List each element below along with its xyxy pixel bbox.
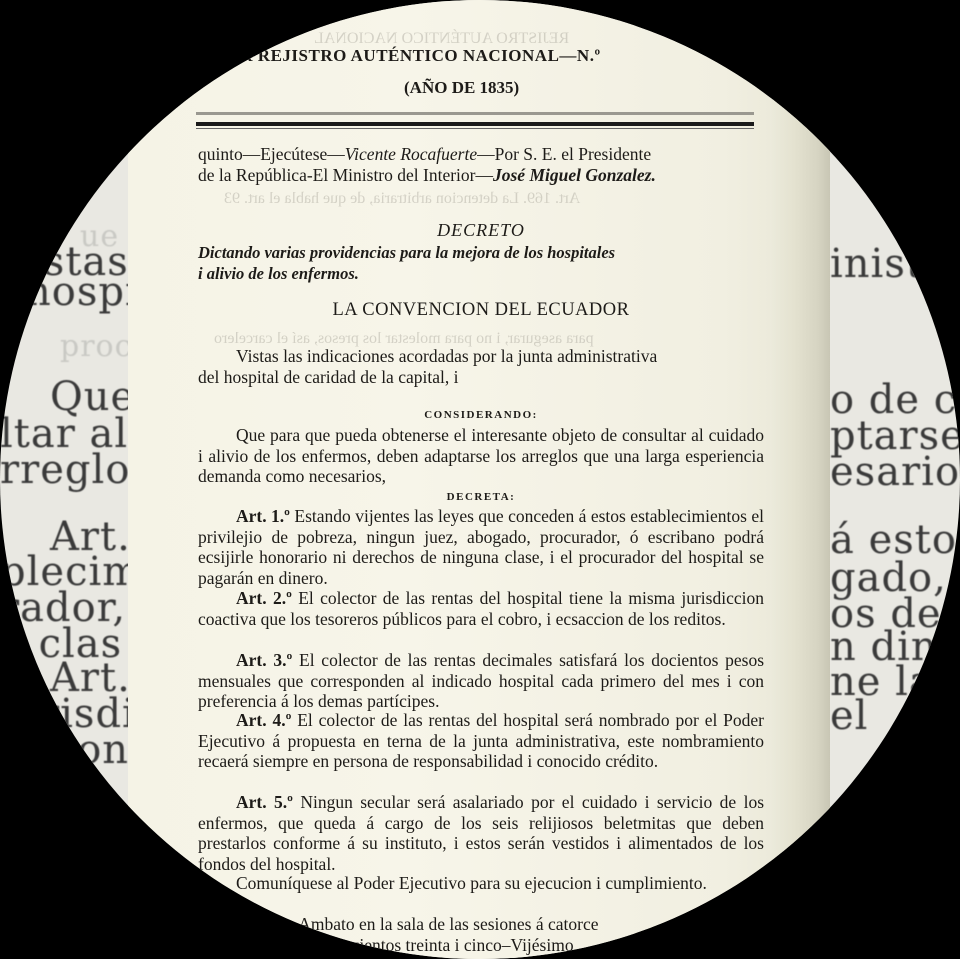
bg-left-line: cion bbox=[40, 728, 129, 772]
bg-right-line: inist bbox=[830, 242, 923, 286]
issuer-heading: LA CONVENCION DEL ECUADOR bbox=[198, 300, 764, 321]
decreta-label: DECRETA: bbox=[198, 487, 764, 508]
page-spine-shadow bbox=[770, 0, 830, 959]
article-2: Art. 2.º El colector de las rentas del h… bbox=[198, 588, 764, 629]
preamble: Vistas las indicaciones acordadas por la… bbox=[198, 346, 764, 387]
article-number: Art. 2.º bbox=[236, 588, 292, 608]
header-rule-thin bbox=[196, 112, 754, 115]
signatory-minister: José Miguel Gonzalez. bbox=[493, 165, 656, 185]
considerando-text: Que para que pueda obtenerse el interesa… bbox=[198, 425, 764, 487]
bg-right-line: el bbox=[830, 694, 868, 738]
header-rule-thick bbox=[196, 122, 754, 126]
article-number: Art. 3.º bbox=[236, 650, 292, 670]
closing-date: de agosto de mil ochocientos treinta i c… bbox=[198, 935, 764, 956]
article-number: Art. 5.º bbox=[236, 792, 293, 812]
closing-communication: Comuníquese al Poder Ejecutivo para su e… bbox=[198, 873, 764, 894]
decree-title: DECRETO bbox=[198, 220, 764, 241]
article-number: Art. 4.º bbox=[236, 710, 291, 730]
article-1: Art. 1.º Estando vijentes las leyes que … bbox=[198, 506, 764, 588]
article-number: Art. 1.º bbox=[236, 506, 290, 526]
considerando-label: CONSIDERANDO: bbox=[198, 405, 764, 426]
article-5: Art. 5.º Ningun secular será asalariado … bbox=[198, 792, 764, 874]
header-rule-hair bbox=[196, 128, 754, 129]
document-page: REJISTRO AUTÉNTICO NACIONAL Art. 169. La… bbox=[128, 0, 830, 959]
previous-decree-tail: quinto—Ejecútese—Vicente Rocafuerte—Por … bbox=[198, 144, 764, 185]
signatory-president: Vicente Rocafuerte bbox=[345, 144, 477, 164]
article-4: Art. 4.º El colector de las rentas del h… bbox=[198, 710, 764, 772]
decree-subtitle: Dictando varias providencias para la mej… bbox=[198, 243, 764, 284]
running-header: RIMER REJISTRO AUTÉNTICO NACIONAL—N.º bbox=[192, 46, 601, 66]
article-3: Art. 3.º El colector de las rentas decim… bbox=[198, 650, 764, 712]
closing-dado-en: Dado en Ambato en la sala de las sesione… bbox=[198, 914, 764, 935]
bg-right-line: esarios, bbox=[830, 450, 960, 494]
magnifier-lens: ue istas nospit procu Que ltar al rreglo… bbox=[0, 0, 960, 959]
year-line: (AÑO DE 1835) bbox=[404, 78, 519, 98]
